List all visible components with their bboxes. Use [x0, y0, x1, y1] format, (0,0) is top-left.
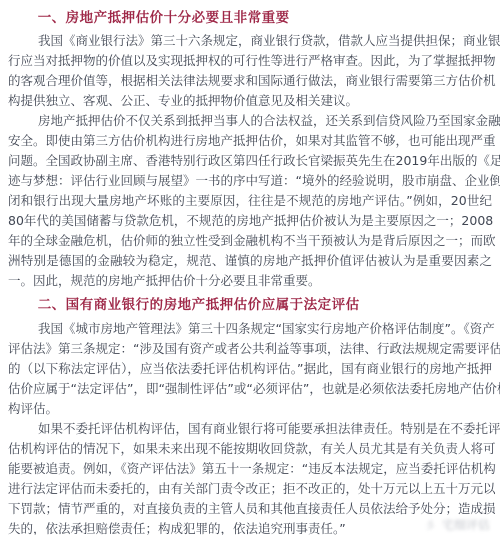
text-line: 的（以下称法定评估），应当依法委托评估机构评估。”据此，国有商业银行的房地产抵押: [8, 359, 492, 379]
text-line: 能要被追责。例如，《资产评估法》第五十一条规定：“违反本法规定，应当委托评估机构: [8, 459, 492, 479]
text-line: 安全。即使由第三方估价机构进行房地产抵押估价，如果对其监管不够，也可能出现严重: [8, 131, 492, 151]
document-page: 一、房地产抵押估价十分必要且非常重要我国《商业银行法》第三十六条规定，商业银行贷…: [0, 0, 500, 535]
text-line: 进行法定评估而未委托的，由有关部门责令改正；拒不改正的，处十万元以上五十万元以: [8, 479, 492, 499]
text-line: 房地产抵押估价不仅关系到抵押当事人的合法权益，还关系到信贷风险乃至国家金融: [8, 111, 492, 131]
text-line: 失的，依法承担赔偿责任；构成犯罪的，依法追究刑事责任。”: [8, 519, 492, 535]
text-line: 80年代的美国储蓄与贷款危机，不规范的房地产抵押估价被认为是主要原因之一；200…: [8, 211, 492, 231]
section-heading-1: 一、房地产抵押估价十分必要且非常重要: [8, 8, 492, 28]
text-line: 迹与梦想：评估行业回顾与展望》一书的序中写道：“境外的经验说明，股市崩盘、企业倒: [8, 171, 492, 191]
text-line: 问题。全国政协副主席、香港特别行政区第四任行政长官梁振英先生在2019年出版的《…: [8, 151, 492, 171]
paragraph: 房地产抵押估价不仅关系到抵押当事人的合法权益，还关系到信贷风险乃至国家金融安全。…: [8, 111, 492, 291]
text-line: 如果不委托评估机构评估，国有商业银行将可能要承担法律责任。特别是在不委托评: [8, 419, 492, 439]
text-line: 一。因此，规范的房地产抵押估价十分必要且非常重要。: [8, 271, 492, 291]
text-line: 我国《城市房地产管理法》第三十四条规定“国家实行房地产价格评估制度”。《资产: [8, 319, 492, 339]
text-line: 我国《商业银行法》第三十六条规定，商业银行贷款，借款人应当提供担保；商业银: [8, 31, 492, 51]
paragraph: 我国《城市房地产管理法》第三十四条规定“国家实行房地产价格评估制度”。《资产评估…: [8, 319, 492, 419]
section-heading-2: 二、国有商业银行的房地产抵押估价应属于法定评估: [8, 295, 492, 315]
text-line: 构提供独立、客观、公正、专业的抵押物价值意见及相关建议。: [8, 91, 492, 111]
text-line: 构评估。: [8, 399, 492, 419]
paragraph: 如果不委托评估机构评估，国有商业银行将可能要承担法律责任。特别是在不委托评估机构…: [8, 419, 492, 535]
text-line: 下罚款；情节严重的，对直接负责的主管人员和其他直接责任人员依法给予处分；造成损: [8, 499, 492, 519]
text-line: 估价应属于“法定评估”，即“强制性评估”或“必须评估”，也就是必须依法委托房地产…: [8, 379, 492, 399]
text-line: 估机构评估的情况下，如果未来出现不能按期收回贷款，有关人员尤其是有关负责人将可: [8, 439, 492, 459]
article: 一、房地产抵押估价十分必要且非常重要我国《商业银行法》第三十六条规定，商业银行贷…: [0, 0, 500, 535]
paragraph: 我国《商业银行法》第三十六条规定，商业银行贷款，借款人应当提供担保；商业银行应当…: [8, 31, 492, 111]
text-line: 的客观合理价值等，根据相关法律法规要求和国际通行做法，商业银行需要第三方估价机: [8, 71, 492, 91]
text-line: 闭和银行出现大量房地产坏账的主要原因，往往是不规范的房地产评估。”例如，20世纪: [8, 191, 492, 211]
text-line: 洲特别是德国的金融较为稳定，规范、谨慎的房地产抵押价值评估被认为是重要因素之: [8, 251, 492, 271]
text-line: 评估法》第三条规定：“涉及国有资产或者公共利益等事项，法律、行政法规规定需要评估: [8, 339, 492, 359]
text-line: 年的全球金融危机，估价师的独立性受到金融机构不当干预被认为是背后原因之一；而欧: [8, 231, 492, 251]
text-line: 行应当对抵押物的价值以及实现抵押权的可行性等进行严格审查。因此，为了掌握抵押物: [8, 51, 492, 71]
